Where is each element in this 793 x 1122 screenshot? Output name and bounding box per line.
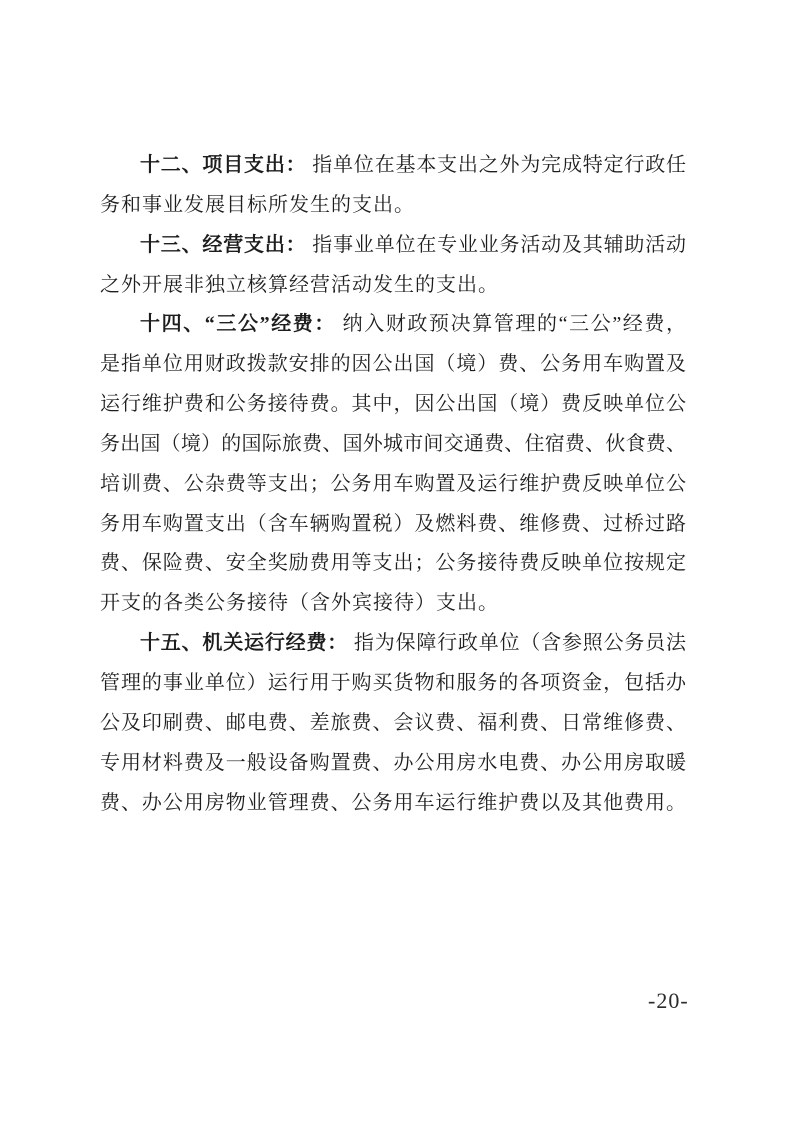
paragraph-line: 公及印刷费、邮电费、差旅费、会议费、福利费、日常维修费、 [100, 704, 686, 744]
text-block: 十二、项目支出： 指单位在基本支出之外为完成特定行政任 务和事业发展目标所发生的… [100, 146, 686, 823]
paragraph-lead: 十三、经营支出： [140, 234, 306, 256]
paragraph-line: 之外开展非独立核算经营活动发生的支出。 [100, 266, 686, 306]
paragraph-line-text: 纳入财政预决算管理的“三公”经费， [343, 313, 686, 335]
paragraph-line: 务出国（境）的国际旅费、国外城市间交通费、住宿费、伙食费、 [100, 425, 686, 465]
paragraph-line: 开支的各类公务接待（含外宾接待）支出。 [100, 584, 686, 624]
paragraph-line-text: 运行维护费和公务接待费。其中，因公出国（境）费反映单位公 [100, 393, 686, 415]
paragraph-first-line: 十三、经营支出： 指事业单位在专业业务活动及其辅助活动 [100, 226, 686, 266]
document-page: 十二、项目支出： 指单位在基本支出之外为完成特定行政任 务和事业发展目标所发生的… [0, 0, 793, 1122]
paragraph-lead: 十二、项目支出： [140, 154, 306, 176]
paragraph-line-text: 开支的各类公务接待（含外宾接待）支出。 [100, 592, 499, 614]
paragraph-line-text: 指单位在基本支出之外为完成特定行政任 [312, 154, 686, 176]
paragraph-line-text: 公及印刷费、邮电费、差旅费、会议费、福利费、日常维修费、 [100, 712, 686, 734]
paragraph-line: 培训费、公杂费等支出；公务用车购置及运行维护费反映单位公 [100, 465, 686, 505]
paragraph-line: 专用材料费及一般设备购置费、办公用房水电费、办公用房取暖 [100, 744, 686, 784]
paragraph-line: 务用车购置支出（含车辆购置税）及燃料费、维修费、过桥过路 [100, 505, 686, 545]
paragraph-line-text: 指事业单位在专业业务活动及其辅助活动 [312, 234, 686, 256]
paragraph-line-text: 是指单位用财政拨款安排的因公出国（境）费、公务用车购置及 [100, 353, 686, 375]
paragraph-line-text: 务用车购置支出（含车辆购置税）及燃料费、维修费、过桥过路 [100, 513, 686, 535]
paragraph-line: 费、办公用房物业管理费、公务用车运行维护费以及其他费用。 [100, 784, 686, 824]
paragraph-first-line: 十二、项目支出： 指单位在基本支出之外为完成特定行政任 [100, 146, 686, 186]
paragraph-line: 费、保险费、安全奖励费用等支出；公务接待费反映单位按规定 [100, 544, 686, 584]
paragraph-line-text: 培训费、公杂费等支出；公务用车购置及运行维护费反映单位公 [100, 473, 686, 495]
paragraph-line-text: 费、办公用房物业管理费、公务用车运行维护费以及其他费用。 [100, 792, 686, 814]
paragraph-line-text: 管理的事业单位）运行用于购买货物和服务的各项资金，包括办 [100, 672, 686, 694]
paragraph-line: 管理的事业单位）运行用于购买货物和服务的各项资金，包括办 [100, 664, 686, 704]
paragraph-line: 是指单位用财政拨款安排的因公出国（境）费、公务用车购置及 [100, 345, 686, 385]
paragraph-line-text: 务和事业发展目标所发生的支出。 [100, 194, 415, 216]
paragraph-line-text: 之外开展非独立核算经营活动发生的支出。 [100, 274, 499, 296]
paragraph-line: 务和事业发展目标所发生的支出。 [100, 186, 686, 226]
page-number: -20- [648, 988, 689, 1014]
paragraph-lead: 十五、机关运行经费： [140, 632, 348, 654]
paragraph-first-line: 十五、机关运行经费： 指为保障行政单位（含参照公务员法 [100, 624, 686, 664]
paragraph-line: 运行维护费和公务接待费。其中，因公出国（境）费反映单位公 [100, 385, 686, 425]
paragraph-line-text: 务出国（境）的国际旅费、国外城市间交通费、住宿费、伙食费、 [100, 433, 686, 455]
paragraph-first-line: 十四、“三公”经费： 纳入财政预决算管理的“三公”经费， [100, 305, 686, 345]
paragraph-line-text: 专用材料费及一般设备购置费、办公用房水电费、办公用房取暖 [100, 752, 686, 774]
paragraph-line-text: 费、保险费、安全奖励费用等支出；公务接待费反映单位按规定 [100, 552, 686, 574]
paragraph-lead: 十四、“三公”经费： [140, 313, 336, 335]
paragraph-line-text: 指为保障行政单位（含参照公务员法 [354, 632, 686, 654]
